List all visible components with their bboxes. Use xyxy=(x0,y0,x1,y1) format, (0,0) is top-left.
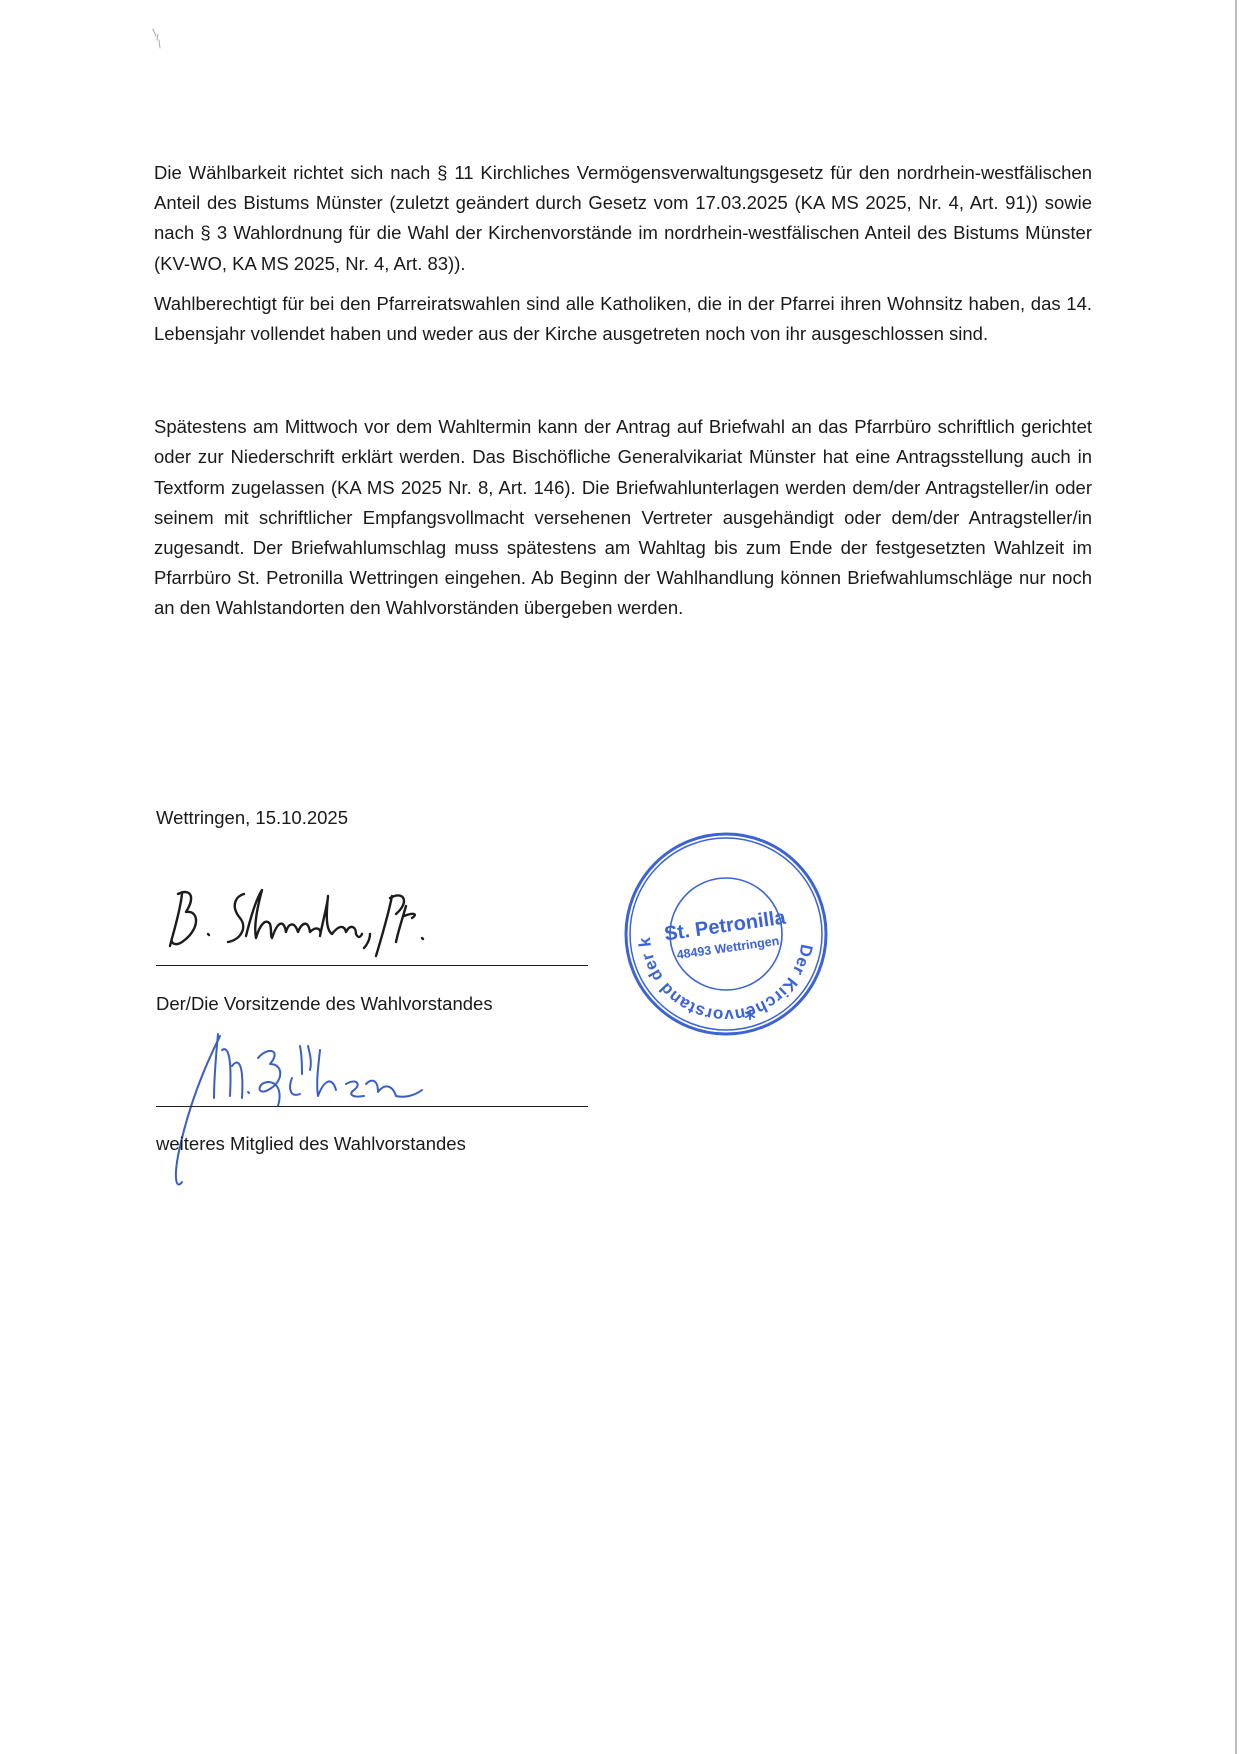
paragraph-postal-vote: Spätestens am Mittwoch vor dem Wahltermi… xyxy=(154,412,1092,623)
place-and-date: Wettringen, 15.10.2025 xyxy=(156,806,348,830)
stamp-star-icon: * xyxy=(744,1007,756,1032)
parish-seal-stamp: Der Kirchenvorstand der kath. Kirchengem… xyxy=(622,830,830,1038)
document-body: Die Wählbarkeit richtet sich nach § 11 K… xyxy=(154,158,1092,624)
signature-block-chair: Der/Die Vorsitzende des Wahlvorstandes xyxy=(156,880,588,1020)
signature-line-chair xyxy=(156,965,588,966)
scan-artifact-mark xyxy=(150,26,164,52)
signature-line-member xyxy=(156,1106,588,1107)
paragraph-eligibility: Die Wählbarkeit richtet sich nach § 11 K… xyxy=(154,158,1092,279)
paragraph-voting-rights: Wahlberechtigt für bei den Pfarreiratswa… xyxy=(154,289,1092,349)
scan-edge-line xyxy=(1235,0,1237,1754)
stamp-graphic: Der Kirchenvorstand der kath. Kirchengem… xyxy=(622,830,830,1038)
handwritten-signature-chair xyxy=(160,872,460,962)
signature-label-member: weiteres Mitglied des Wahlvorstandes xyxy=(156,1132,466,1156)
signature-block-member: weiteres Mitglied des Wahlvorstandes xyxy=(156,1030,588,1230)
